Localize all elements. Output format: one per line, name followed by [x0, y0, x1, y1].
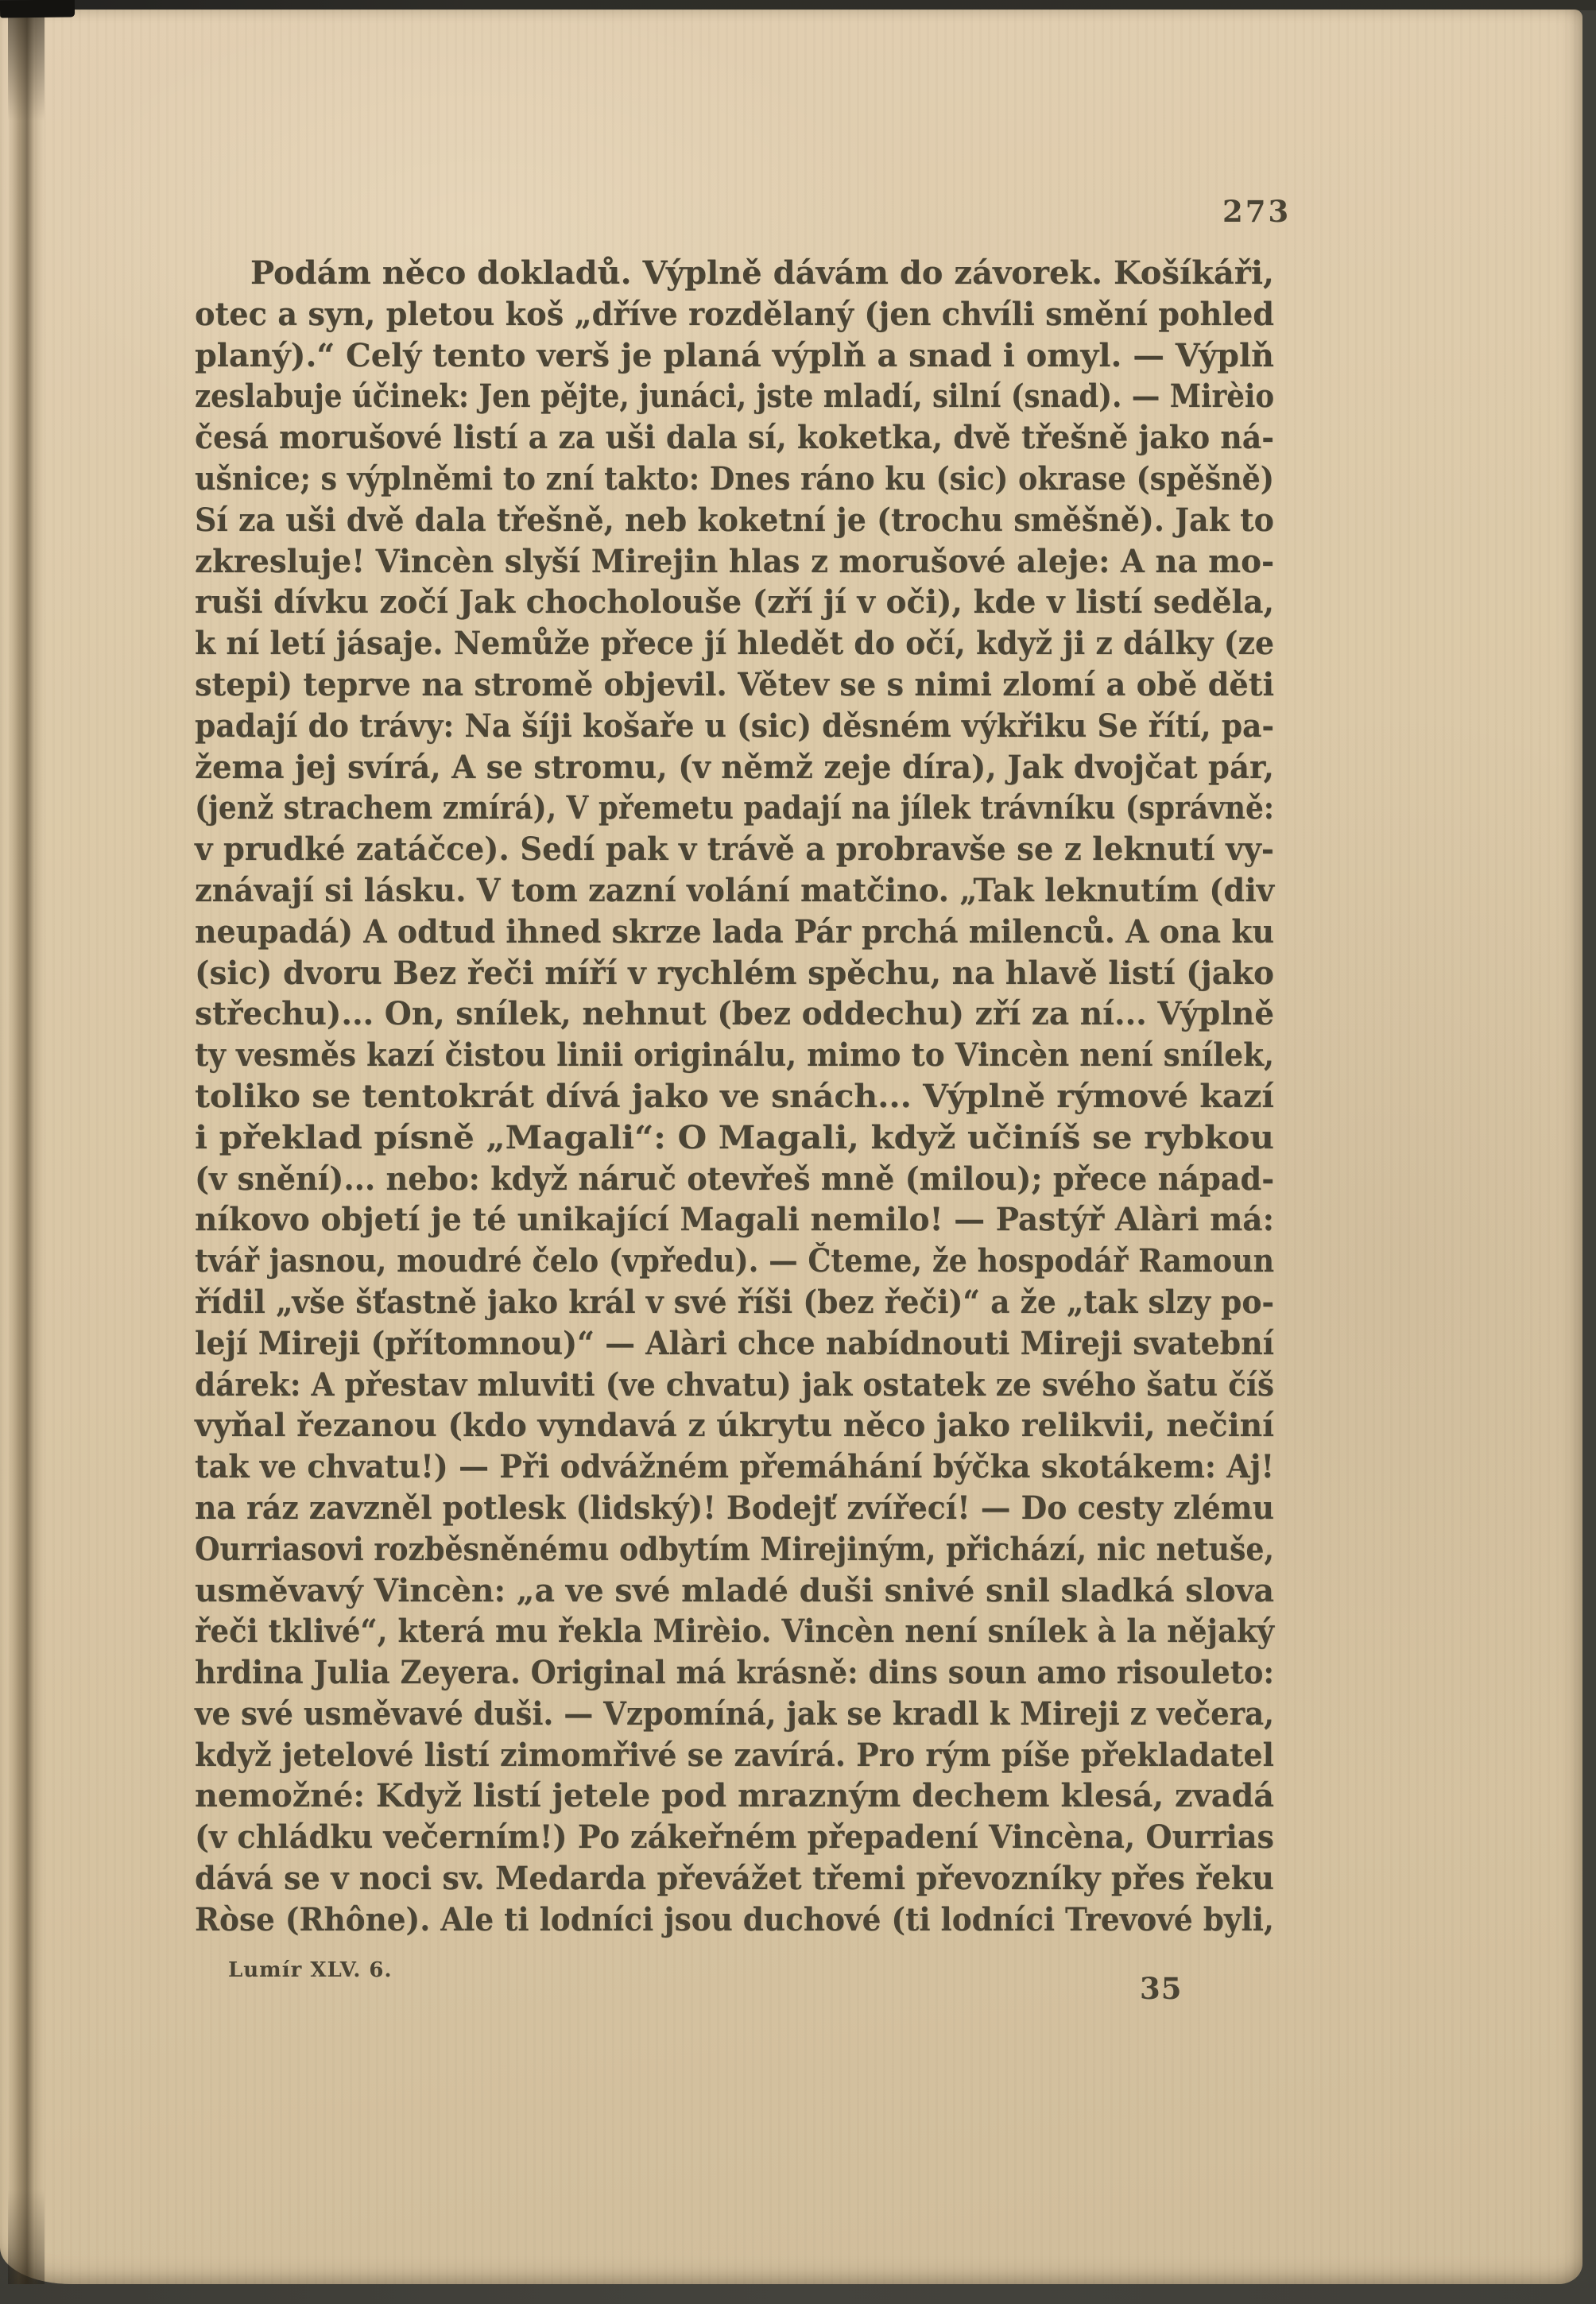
text-line-content: tak ve chvatu!) — Při odvážném přemáhání…: [195, 1446, 1274, 1488]
text-line-content: k ní letí jásaje. Nemůže přece jí hledět…: [195, 623, 1274, 664]
text-line: (sic) dvoru Bez řeči míří v rychlém spěc…: [195, 953, 1274, 994]
text-line-content: Podám něco dokladů. Výplně dávám do závo…: [250, 253, 1274, 294]
text-line: zkresluje! Vincèn slyší Mirejin hlas z m…: [195, 541, 1274, 583]
text-line: tak ve chvatu!) — Při odvážném přemáhání…: [195, 1446, 1274, 1488]
text-line: na ráz zavzněl potlesk (lidský)! Bodejť …: [195, 1488, 1274, 1529]
text-line: Ourriasovi rozběsněnému odbytím Mirejiný…: [195, 1529, 1274, 1570]
text-line: Sí za uši dvě dala třešně, neb koketní j…: [195, 500, 1274, 541]
text-line-content: toliko se tentokrát dívá jako ve snách..…: [195, 1076, 1274, 1117]
text-line: hrdina Julia Zeyera. Original má krásně:…: [195, 1652, 1274, 1694]
text-line: žema jej svírá, A se stromu, (v němž zej…: [195, 747, 1274, 788]
journal-reference: Lumír XLV. 6.: [228, 1958, 393, 1982]
text-line: nemožné: Když listí jetele pod mrazným d…: [195, 1775, 1274, 1817]
text-line-content: (v snění)... nebo: když náruč otevřeš mn…: [195, 1159, 1274, 1200]
text-line: zeslabuje účinek: Jen pějte, junáci, jst…: [195, 376, 1274, 417]
text-line: stepi) teprve na stromě objevil. Větev s…: [195, 664, 1274, 706]
body-text: Podám něco dokladů. Výplně dávám do závo…: [195, 253, 1274, 1941]
text-line: ušnice; s výplněmi to zní takto: Dnes rá…: [195, 459, 1274, 500]
text-line-content: ve své usměvavé duši. — Vzpomíná, jak se…: [195, 1694, 1274, 1735]
text-line-content: i překlad písně „Magali“: O Magali, když…: [195, 1117, 1274, 1159]
text-line: vyňal řezanou (kdo vyndavá z úkrytu něco…: [195, 1405, 1274, 1446]
text-line: i překlad písně „Magali“: O Magali, když…: [195, 1117, 1274, 1159]
text-line: dárek: A přestav mluviti (ve chvatu) jak…: [195, 1365, 1274, 1406]
text-line-content: planý).“ Celý tento verš je planá výplň …: [195, 335, 1274, 377]
text-line: ty vesměs kazí čistou linii originálu, m…: [195, 1035, 1274, 1076]
text-line-content: střechu)... On, snílek, nehnut (bez odde…: [195, 993, 1274, 1035]
text-line-content: řídil „vše šťastně jako král v své říši …: [195, 1282, 1274, 1323]
text-line: lejí Mireji (přítomnou)“ — Alàri chce na…: [195, 1323, 1274, 1365]
text-line: planý).“ Celý tento verš je planá výplň …: [195, 335, 1274, 377]
text-line-content: zeslabuje účinek: Jen pějte, junáci, jst…: [195, 376, 1274, 417]
text-line-content: otec a syn, pletou koš „dříve rozdělaný …: [195, 294, 1274, 335]
page-number-top: 273: [1222, 194, 1291, 229]
text-line-content: česá morušové listí a za uši dala sí, ko…: [195, 417, 1274, 459]
text-line: Ròse (Rhône). Ale ti lodníci jsou duchov…: [195, 1899, 1274, 1941]
text-line-content: v prudké zatáčce). Sedí pak v trávě a pr…: [195, 829, 1274, 870]
text-line-content: dává se v noci sv. Medarda převážet třem…: [195, 1858, 1274, 1899]
text-line-content: Ourriasovi rozběsněnému odbytím Mirejiný…: [195, 1529, 1274, 1570]
page-number-bottom: 35: [1140, 1971, 1183, 2006]
text-line-content: žema jej svírá, A se stromu, (v němž zej…: [195, 747, 1274, 788]
text-line: tvář jasnou, moudré čelo (vpředu). — Čte…: [195, 1241, 1274, 1282]
text-line-content: ušnice; s výplněmi to zní takto: Dnes rá…: [195, 459, 1274, 500]
text-line: řídil „vše šťastně jako král v své říši …: [195, 1282, 1274, 1323]
text-line: otec a syn, pletou koš „dříve rozdělaný …: [195, 294, 1274, 335]
text-line-content: tvář jasnou, moudré čelo (vpředu). — Čte…: [195, 1241, 1274, 1282]
text-line-content: neupadá) A odtud ihned skrze lada Pár pr…: [195, 912, 1274, 953]
text-line: toliko se tentokrát dívá jako ve snách..…: [195, 1076, 1274, 1117]
text-line: znávají si lásku. V tom zazní volání mat…: [195, 870, 1274, 912]
text-line: ve své usměvavé duši. — Vzpomíná, jak se…: [195, 1694, 1274, 1735]
text-line: (v snění)... nebo: když náruč otevřeš mn…: [195, 1159, 1274, 1200]
text-line-content: řeči tklivé“, která mu řekla Mirèio. Vin…: [195, 1611, 1274, 1652]
text-line-content: (sic) dvoru Bez řeči míří v rychlém spěc…: [195, 953, 1274, 994]
text-line-content: zkresluje! Vincèn slyší Mirejin hlas z m…: [195, 541, 1274, 583]
text-line: (v chládku večerním!) Po zákeřném přepad…: [195, 1817, 1274, 1858]
text-line-content: níkovo objetí je té unikající Magali nem…: [195, 1199, 1274, 1241]
text-line: v prudké zatáčce). Sedí pak v trávě a pr…: [195, 829, 1274, 870]
text-line: dává se v noci sv. Medarda převážet třem…: [195, 1858, 1274, 1899]
text-line-content: (jenž strachem zmírá), V přemetu padají …: [195, 788, 1274, 829]
text-line-content: hrdina Julia Zeyera. Original má krásně:…: [195, 1652, 1274, 1694]
text-line: střechu)... On, snílek, nehnut (bez odde…: [195, 993, 1274, 1035]
text-line-content: vyňal řezanou (kdo vyndavá z úkrytu něco…: [195, 1405, 1274, 1446]
text-line: když jetelové listí zimomřivé se zavírá.…: [195, 1735, 1274, 1776]
text-line-content: znávají si lásku. V tom zazní volání mat…: [195, 870, 1274, 912]
text-line-content: Sí za uši dvě dala třešně, neb koketní j…: [195, 500, 1274, 541]
text-line-content: dárek: A přestav mluviti (ve chvatu) jak…: [195, 1365, 1274, 1406]
text-line: Podám něco dokladů. Výplně dávám do závo…: [195, 253, 1274, 294]
text-line-content: padají do trávy: Na šíji košaře u (sic) …: [195, 706, 1274, 747]
text-line: padají do trávy: Na šíji košaře u (sic) …: [195, 706, 1274, 747]
scan-background: 273 Podám něco dokladů. Výplně dávám do …: [0, 0, 1596, 2304]
text-line-content: nemožné: Když listí jetele pod mrazným d…: [195, 1775, 1274, 1817]
text-line: řeči tklivé“, která mu řekla Mirèio. Vin…: [195, 1611, 1274, 1652]
text-line: neupadá) A odtud ihned skrze lada Pár pr…: [195, 912, 1274, 953]
text-line: česá morušové listí a za uši dala sí, ko…: [195, 417, 1274, 459]
text-line: níkovo objetí je té unikající Magali nem…: [195, 1199, 1274, 1241]
text-line-content: lejí Mireji (přítomnou)“ — Alàri chce na…: [195, 1323, 1274, 1365]
text-line-content: když jetelové listí zimomřivé se zavírá.…: [195, 1735, 1274, 1776]
text-line-content: ty vesměs kazí čistou linii originálu, m…: [195, 1035, 1274, 1076]
text-line: (jenž strachem zmírá), V přemetu padají …: [195, 788, 1274, 829]
text-line-content: na ráz zavzněl potlesk (lidský)! Bodejť …: [195, 1488, 1274, 1529]
book-page: 273 Podám něco dokladů. Výplně dávám do …: [0, 10, 1582, 2284]
text-line: ruši dívku zočí Jak chocholouše (zří jí …: [195, 582, 1274, 623]
text-line-content: Ròse (Rhône). Ale ti lodníci jsou duchov…: [195, 1899, 1274, 1941]
text-line-content: ruši dívku zočí Jak chocholouše (zří jí …: [195, 582, 1274, 623]
text-line: k ní letí jásaje. Nemůže přece jí hledět…: [195, 623, 1274, 664]
text-line: usměvavý Vincèn: „a ve své mladé duši sn…: [195, 1570, 1274, 1612]
gutter-shadow: [8, 10, 45, 2284]
binding-corner-tab: [0, 0, 75, 18]
text-line-content: usměvavý Vincèn: „a ve své mladé duši sn…: [195, 1570, 1274, 1612]
text-line-content: stepi) teprve na stromě objevil. Větev s…: [195, 664, 1274, 706]
text-line-content: (v chládku večerním!) Po zákeřném přepad…: [195, 1817, 1274, 1858]
